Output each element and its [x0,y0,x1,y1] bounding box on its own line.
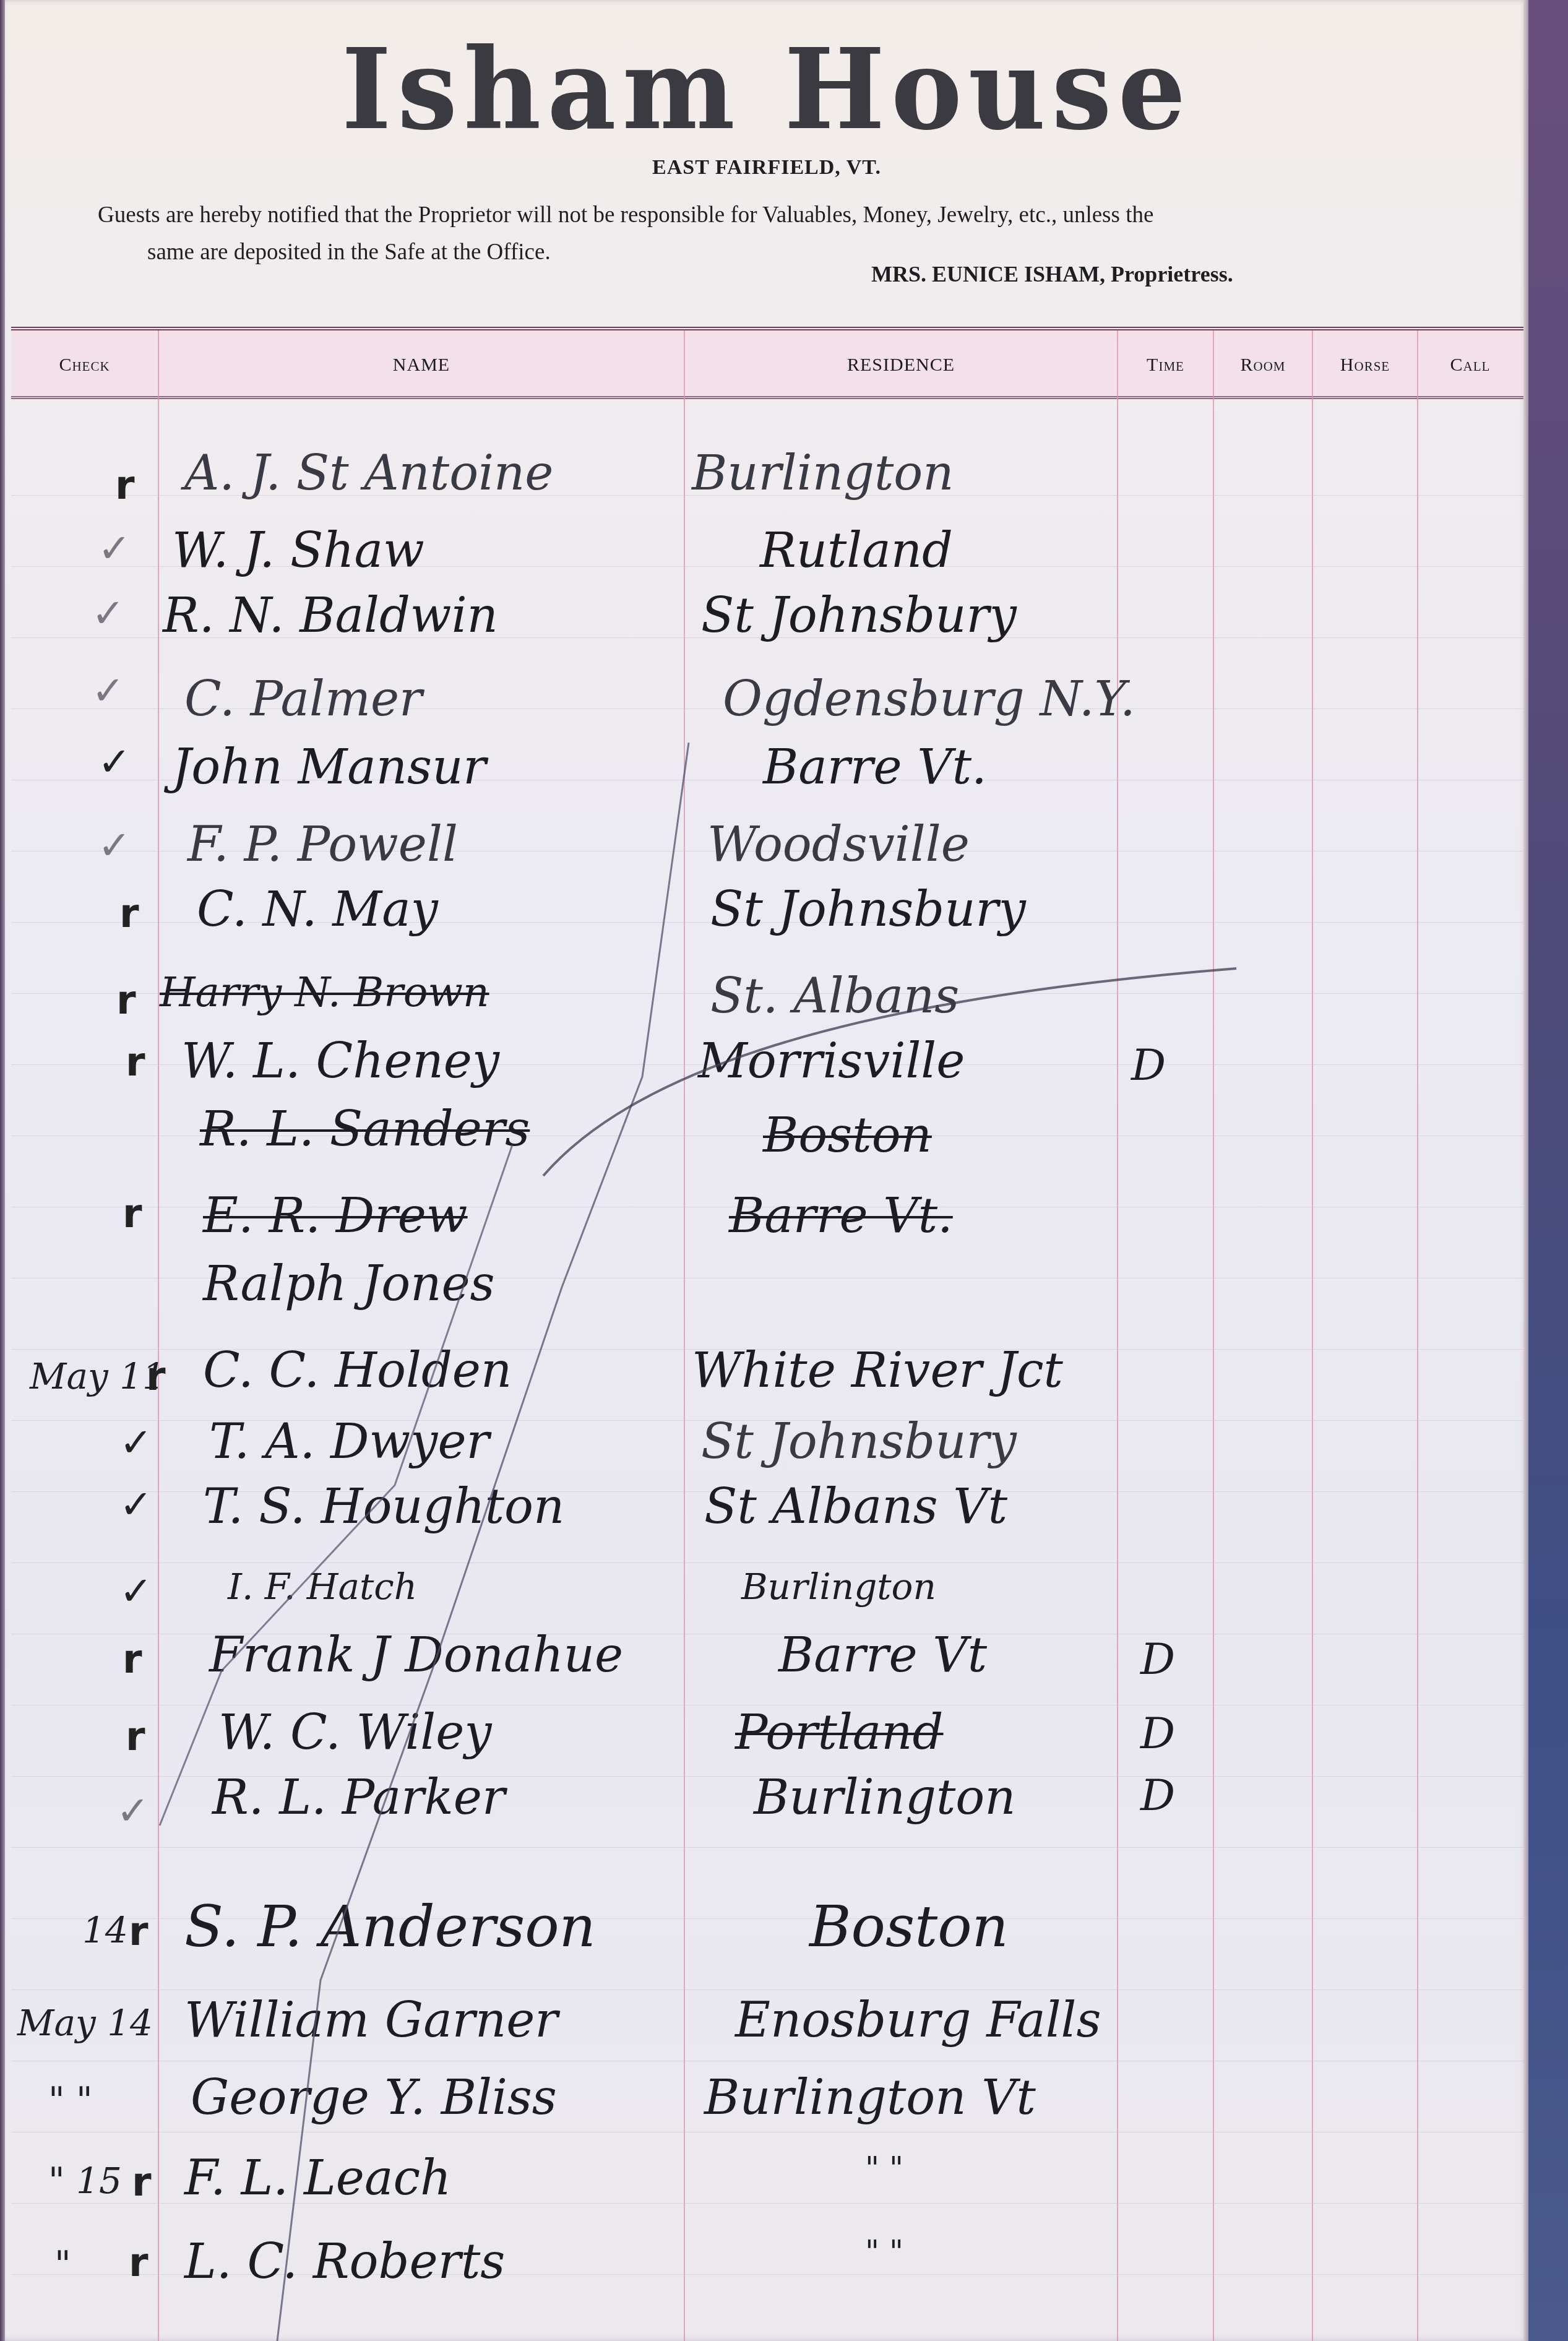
notice-line-2: same are deposited in the Safe at the Of… [98,234,1434,271]
column-header-room: Room [1214,355,1312,376]
guest-residence: White River Jct [692,1343,1063,1399]
notice-line-1: Guests are hereby notified that the Prop… [98,202,1153,228]
check-mark: ✓ [116,1788,150,1834]
check-mark: ✓ [98,739,131,785]
guest-name: I. F. Hatch [228,1566,417,1608]
guest-name: Frank J Donahue [209,1627,623,1683]
guest-residence: " " [865,2150,903,2186]
page-edge [1523,0,1528,2341]
guest-residence: Barre Vt. [763,739,987,795]
guest-name: A. J. St Antoine [184,446,554,501]
guest-residence: St. Albans [710,968,959,1024]
arrival-date: " [54,2243,71,2285]
check-mark: r [146,1354,166,1400]
guest-name: John Mansur [172,739,486,795]
row-rule [11,2061,1528,2061]
guest-name: T. S. Houghton [203,1479,564,1535]
check-mark: ✓ [119,1569,153,1615]
guest-residence: Barre Vt [778,1627,987,1683]
column-divider-name [684,330,685,2341]
check-mark: ✓ [92,591,125,637]
guest-residence: Boston [763,1108,932,1163]
guest-name: R. L. Sanders [200,1102,530,1157]
guest-residence: Boston [809,1894,1009,1960]
guest-name: C. Palmer [184,671,422,727]
guest-residence: Portland [735,1705,944,1761]
guest-residence: Burlington [741,1566,936,1608]
guest-name: W. J. Shaw [172,523,424,579]
guest-name: F. L. Leach [184,2150,451,2206]
check-mark: r [115,463,135,509]
guest-residence: Burlington [692,446,954,501]
header-bottom-rule [11,396,1528,399]
guest-name: E. R. Drew [203,1188,468,1244]
hotel-title: Isham House [5,23,1528,155]
guest-name: Harry N. Brown [160,968,489,1016]
row-rule [11,1563,1528,1563]
time-mark: D [1131,1040,1166,1090]
guest-name: R. L. Parker [212,1770,505,1826]
check-mark: r [129,1909,149,1955]
column-divider-room [1312,330,1313,2341]
column-header-horse: Horse [1313,355,1417,376]
arrival-date: " 15 [48,2160,122,2202]
time-mark: D [1140,1708,1175,1759]
column-header-check: Check [11,355,158,376]
guest-residence: St Johnsbury [710,882,1026,938]
valuables-notice: Guests are hereby notified that the Prop… [98,197,1434,271]
guest-residence: Morrisville [698,1033,965,1089]
guest-name: George Y. Bliss [191,2070,557,2126]
header-top-rule [11,327,1528,330]
guest-name: L. C. Roberts [184,2234,505,2290]
check-mark: ✓ [98,823,131,869]
guest-name: C. N. May [197,882,438,938]
column-divider-check [158,330,159,2341]
check-mark: r [123,1637,142,1683]
guest-name: C. C. Holden [203,1343,512,1399]
arrival-date: " " [48,2079,93,2121]
guest-name: William Garner [184,1993,558,2048]
check-mark: r [123,1191,142,1237]
guest-residence: " " [865,2234,903,2270]
guest-name: W. L. Cheney [181,1033,499,1089]
check-mark: r [126,1040,145,1085]
guest-residence: Burlington Vt [704,2070,1036,2126]
check-mark: r [116,978,136,1024]
check-mark: ✓ [98,526,131,572]
row-rule [11,1847,1528,1848]
guest-residence: St Johnsbury [701,588,1017,644]
guest-name: Ralph Jones [203,1256,495,1312]
guest-residence: Burlington [754,1770,1015,1826]
guest-residence: Rutland [760,523,953,579]
guest-name: S. P. Anderson [184,1894,596,1960]
guest-name: T. A. Dwyer [209,1414,489,1470]
guest-residence: Enosburg Falls [735,1993,1101,2048]
row-rule [11,1990,1528,1990]
column-divider-horse [1417,330,1418,2341]
column-header-call: Call [1418,355,1522,376]
column-header-name: NAME [159,355,684,376]
guest-residence: St Johnsbury [701,1414,1017,1470]
check-mark: r [132,2160,152,2205]
check-mark: r [129,2240,149,2286]
row-rule [11,2132,1528,2132]
check-mark: ✓ [92,668,125,714]
guest-name: R. N. Baldwin [163,588,498,644]
time-mark: D [1140,1634,1175,1684]
hotel-location: EAST FAIRFIELD, VT. [5,156,1528,179]
guest-residence: Woodsville [707,817,970,873]
book-cover-right-edge [1528,0,1568,2341]
guest-residence: Barre Vt. [729,1188,953,1244]
ledger-page: Isham House EAST FAIRFIELD, VT. Guests a… [5,0,1528,2341]
check-mark: ✓ [119,1482,153,1528]
column-divider-time [1213,330,1214,2341]
time-mark: D [1140,1770,1175,1821]
column-header-residence: RESIDENCE [685,355,1117,376]
arrival-date: May 14 [17,2002,153,2044]
check-mark: r [119,891,139,937]
check-mark: r [126,1714,145,1760]
check-mark: ✓ [119,1420,153,1466]
column-divider-residence [1117,330,1118,2341]
guest-name: F. P. Powell [187,817,458,873]
guest-residence: St Albans Vt [704,1479,1007,1535]
arrival-date: May 11 [30,1355,165,1397]
column-header-time: Time [1118,355,1213,376]
proprietress-signature: MRS. EUNICE ISHAM, Proprietress. [871,261,1233,287]
guest-name: W. C. Wiley [218,1705,492,1761]
guest-residence: Ogdensburg N.Y. [723,671,1135,727]
arrival-date: 14 [82,1909,128,1951]
